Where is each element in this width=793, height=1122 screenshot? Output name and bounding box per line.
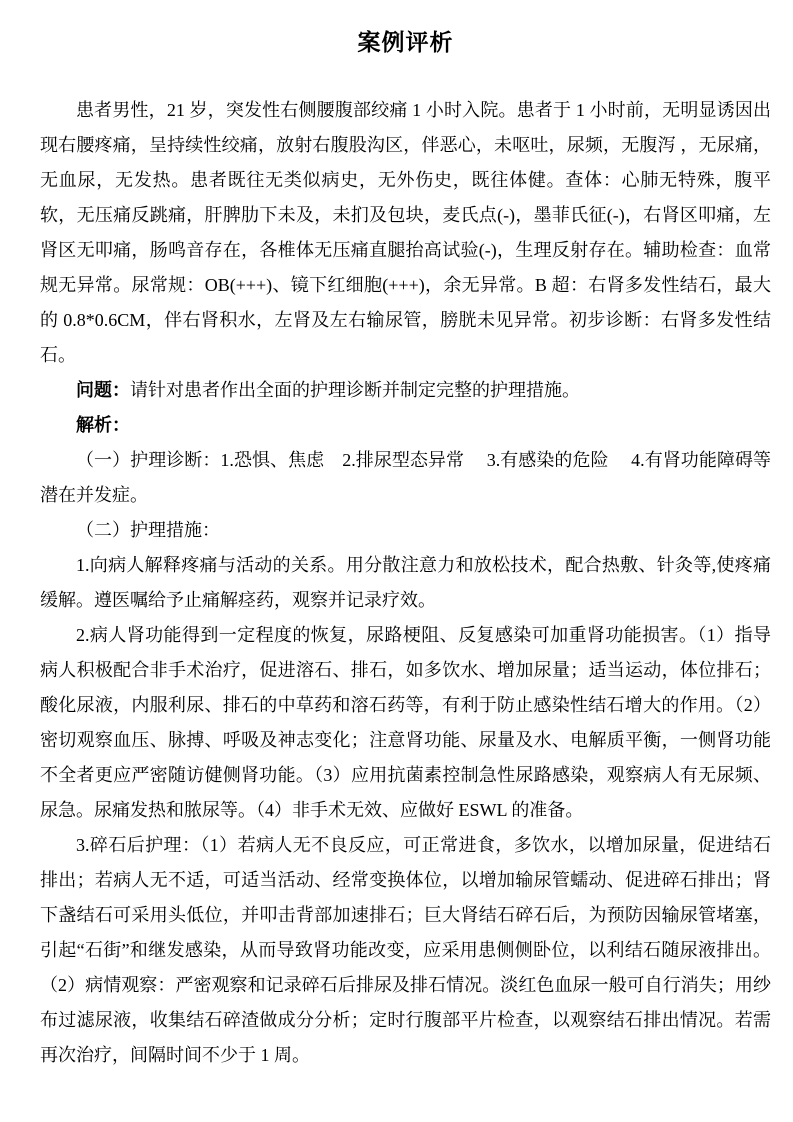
- question-text: 请针对患者作出全面的护理诊断并制定完整的护理措施。: [130, 380, 580, 400]
- nursing-measures-heading: （二）护理措施：: [40, 513, 771, 548]
- nursing-diagnosis-paragraph: （一）护理诊断：1.恐惧、焦虑 2.排尿型态异常 3.有感染的危险 4.有肾功能…: [40, 443, 771, 513]
- document-title: 案例评析: [40, 26, 771, 58]
- analysis-heading: 解析：: [40, 408, 771, 443]
- document-page: 案例评析 患者男性，21 岁，突发性右侧腰腹部绞痛 1 小时入院。患者于 1 小…: [0, 0, 793, 1122]
- measure-3-paragraph: 3.碎石后护理：（1）若病人无不良反应，可正常进食，多饮水，以增加尿量，促进结石…: [40, 828, 771, 1073]
- measure-1-paragraph: 1.向病人解释疼痛与活动的关系。用分散注意力和放松技术，配合热敷、针灸等,使疼痛…: [40, 548, 771, 618]
- analysis-label: 解析：: [76, 415, 130, 435]
- question-label: 问题：: [76, 380, 130, 400]
- question-paragraph: 问题：请针对患者作出全面的护理诊断并制定完整的护理措施。: [40, 373, 771, 408]
- case-description-paragraph: 患者男性，21 岁，突发性右侧腰腹部绞痛 1 小时入院。患者于 1 小时前，无明…: [40, 93, 771, 373]
- measure-2-paragraph: 2.病人肾功能得到一定程度的恢复，尿路梗阻、反复感染可加重肾功能损害。（1）指导…: [40, 618, 771, 828]
